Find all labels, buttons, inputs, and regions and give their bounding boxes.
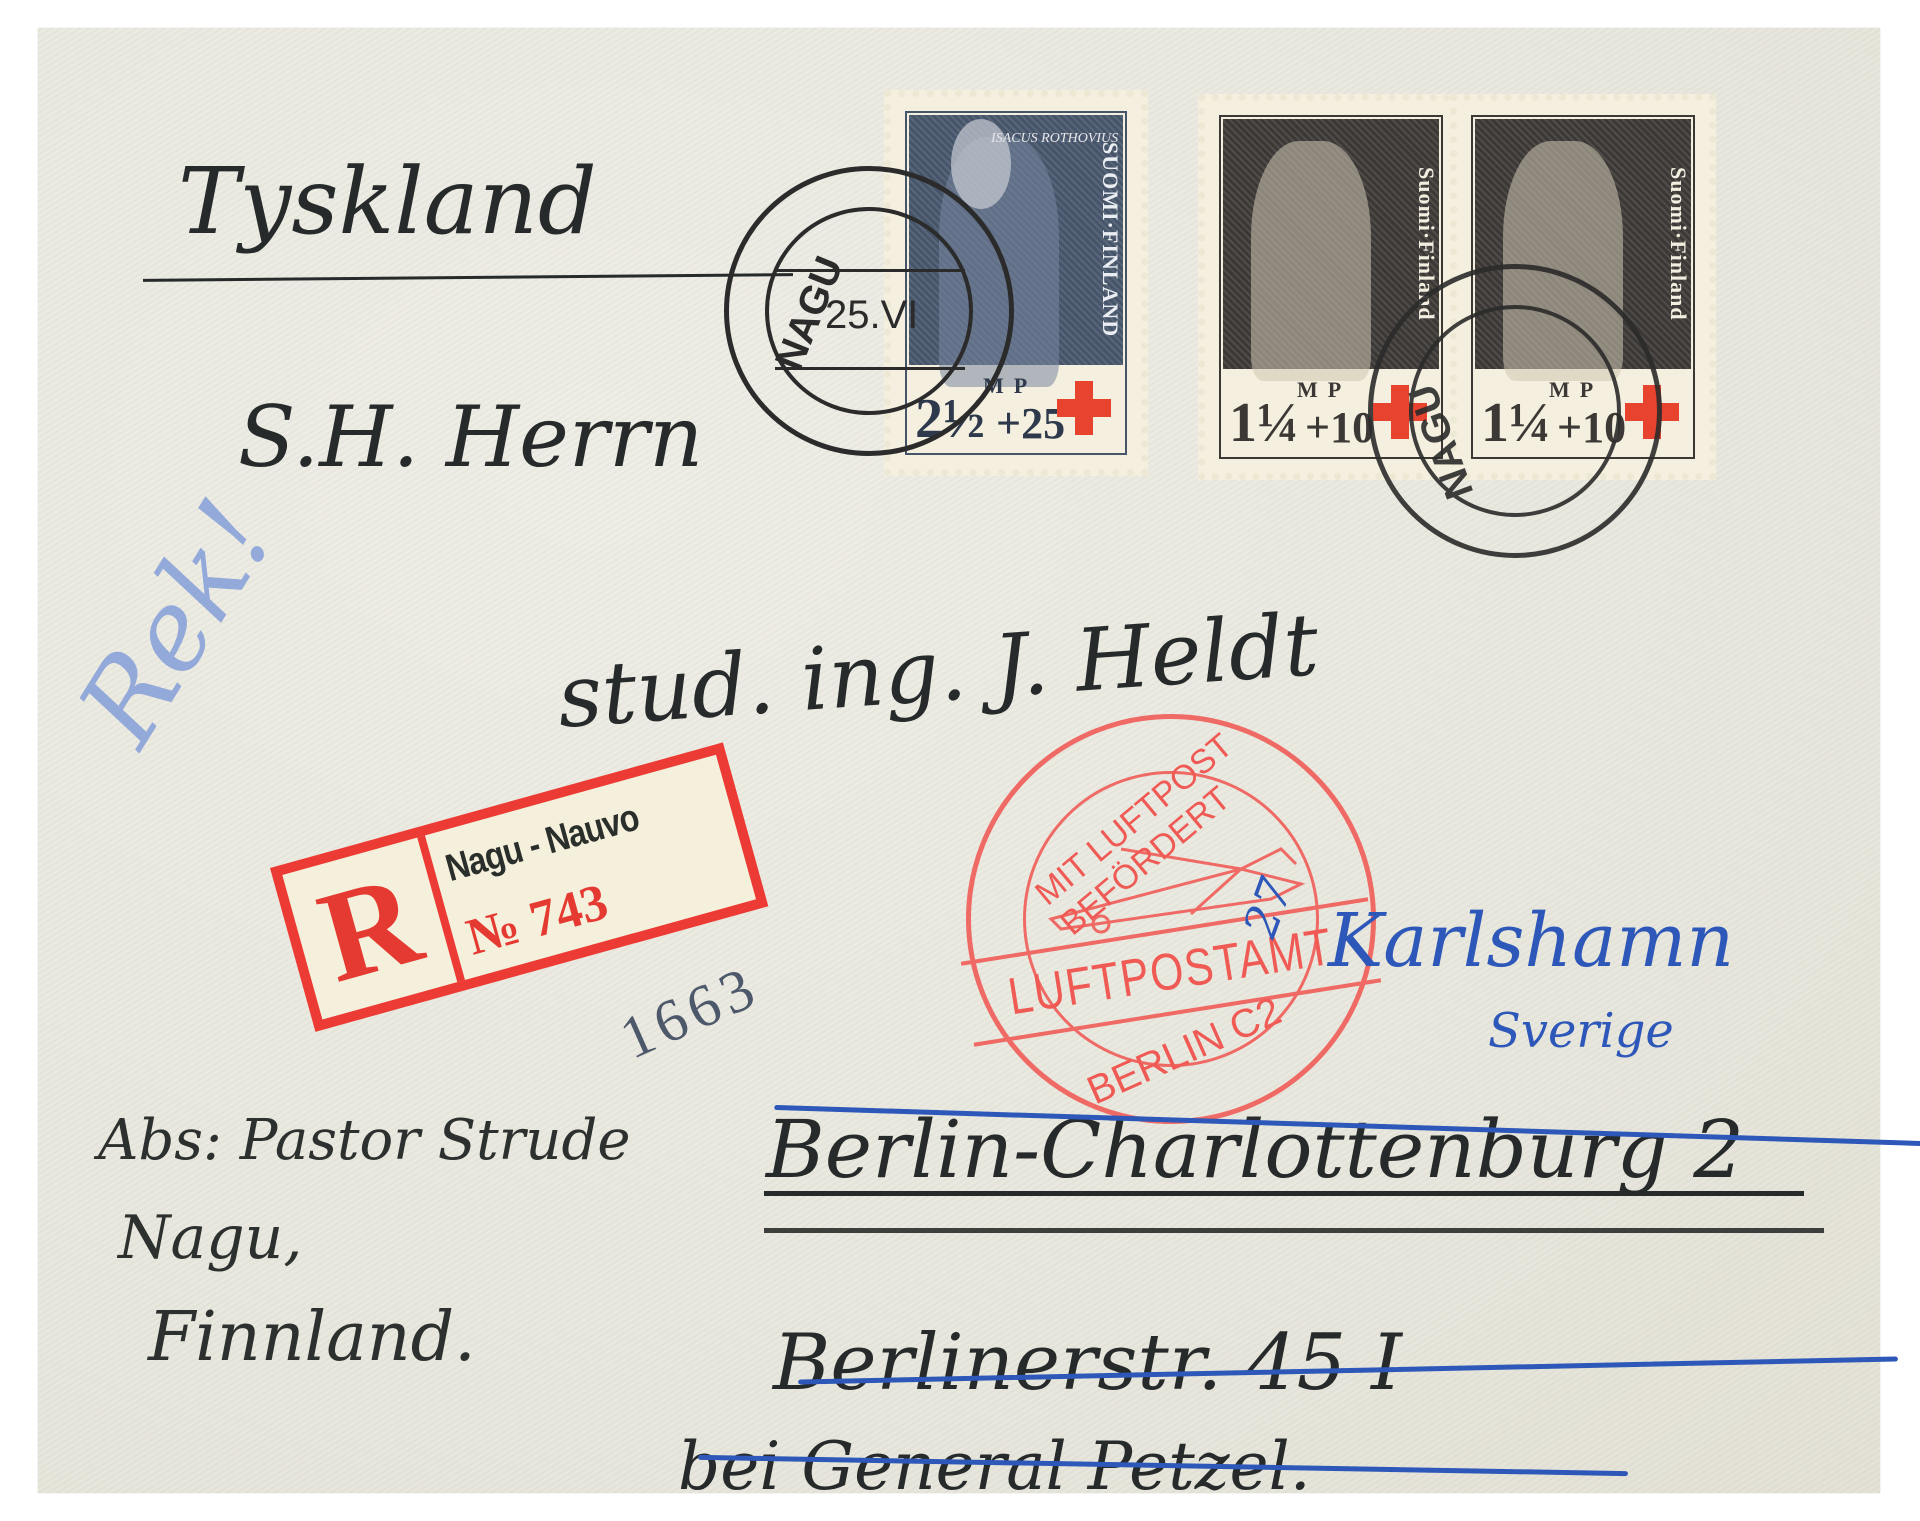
stamp-surcharge: +10 <box>1305 402 1374 453</box>
destination-underline <box>143 273 793 282</box>
forwarding-country: Sverige <box>1488 1003 1674 1059</box>
registered-pencil-note: Rek! <box>54 479 300 766</box>
original-street: Berlinerstr. 45 I <box>773 1318 1402 1408</box>
stamp-country: SUOMI·FINLAND <box>1093 115 1123 365</box>
registration-letter: R <box>282 835 465 1019</box>
postmark-nagu-left: NAGU 25.VI <box>724 166 1014 456</box>
original-city: Berlin-Charlottenburg 2 <box>766 1103 1744 1196</box>
stamp-value: 1¼ <box>1229 395 1299 451</box>
postmark-nagu-right: NAGU <box>1368 264 1662 558</box>
red-cross-icon <box>1057 381 1111 435</box>
sender-line-1: Abs: Pastor Strude <box>98 1108 630 1173</box>
salutation: S.H. Herrn <box>238 388 703 486</box>
sender-line-2: Nagu, <box>118 1203 302 1273</box>
city-underline-2 <box>764 1228 1824 1233</box>
registration-number: № 743 <box>460 872 614 967</box>
registration-office: Nagu - Nauvo <box>441 797 643 891</box>
number-value: 743 <box>523 873 613 949</box>
stamp-country: Suomi·Finland <box>1661 119 1691 369</box>
docket-number: 1663 <box>610 952 770 1074</box>
destination-country: Tyskland <box>178 148 597 255</box>
forwarding-city: Karlshamn <box>1328 898 1734 984</box>
city-underline <box>764 1191 1804 1196</box>
envelope: Tyskland S.H. Herrn Rek! ISACUS ROTHOVIU… <box>38 28 1880 1493</box>
number-prefix: № <box>461 898 527 967</box>
stamp-surcharge: +25 <box>996 398 1065 449</box>
sender-line-3: Finnland. <box>148 1298 476 1377</box>
postmark-date: 25.VI <box>825 293 918 338</box>
airmail-cachet: LUFTPOSTAMT MIT LUFTPOST BEFÖRDERT BERLI… <box>966 714 1376 1124</box>
stamp-unit: MP <box>1297 377 1351 403</box>
